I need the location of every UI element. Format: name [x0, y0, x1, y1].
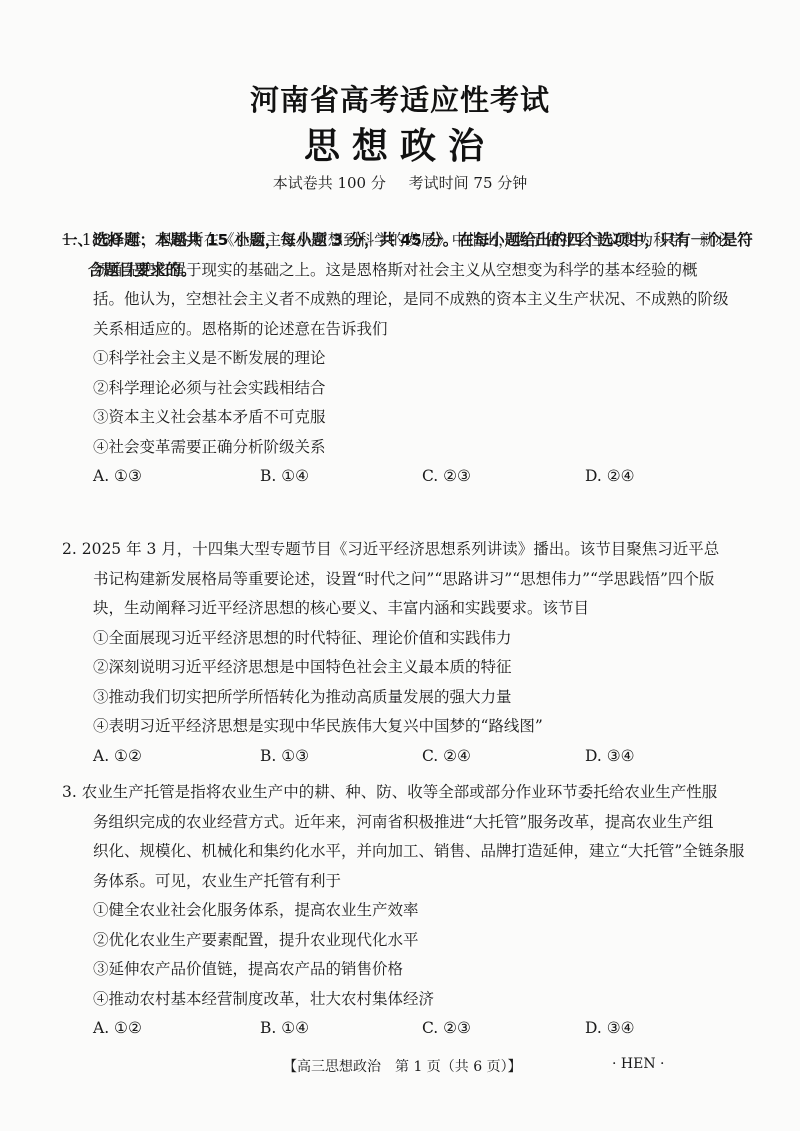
- choice-b: B. ①④: [260, 1014, 309, 1044]
- question-stem-line: 括。他认为，空想社会主义者不成熟的理论，是同不成熟的资本主义生产状况、不成熟的阶…: [62, 285, 772, 315]
- choice-a: A. ①②: [93, 742, 142, 772]
- statement-option: ①健全农业社会化服务体系，提高农业生产效率: [62, 896, 772, 926]
- choice-d: D. ③④: [585, 1014, 635, 1044]
- exam-info: 本试卷共 100 分 考试时间 75 分钟: [0, 172, 800, 193]
- choice-a: A. ①③: [93, 462, 142, 492]
- answer-choices: A. ①② B. ①③ C. ②④ D. ③④: [62, 742, 772, 772]
- answer-choices: A. ①② B. ①④ C. ②③ D. ③④: [62, 1014, 772, 1044]
- choice-b: B. ①④: [260, 462, 309, 492]
- question-stem-line: 2. 2025 年 3 月，十四集大型专题节目《习近平经济思想系列讲读》播出。该…: [62, 535, 772, 565]
- statement-option: ④社会变革需要正确分析阶级关系: [62, 433, 772, 463]
- question-stem-line: 块，生动阐释习近平经济思想的核心要义、丰富内涵和实践要求。该节目: [62, 594, 772, 624]
- statement-option: ①全面展现习近平经济思想的时代特征、理论价值和实践伟力: [62, 624, 772, 654]
- choice-c: C. ②④: [422, 742, 471, 772]
- choice-b: B. ①③: [260, 742, 309, 772]
- statement-option: ②深刻说明习近平经济思想是中国特色社会主义最本质的特征: [62, 653, 772, 683]
- statement-option: ②优化农业生产要素配置，提升农业现代化水平: [62, 926, 772, 956]
- choice-c: C. ②③: [422, 462, 471, 492]
- statement-option: ②科学理论必须与社会实践相结合: [62, 374, 772, 404]
- choice-a: A. ①②: [93, 1014, 142, 1044]
- question-stem-line: 织化、规模化、机械化和集约化水平，并向加工、销售、品牌打造延伸，建立“大托管”全…: [62, 837, 772, 867]
- time-info: 考试时间 75 分钟: [409, 174, 528, 192]
- question-2: 2. 2025 年 3 月，十四集大型专题节目《习近平经济思想系列讲读》播出。该…: [62, 535, 772, 772]
- page-info: 【高三思想政治 第 1 页（共 6 页）】: [283, 1056, 522, 1076]
- question-stem-line: 务体系。可见，农业生产托管有利于: [62, 867, 772, 897]
- answer-choices: A. ①③ B. ①④ C. ②③ D. ②④: [62, 462, 772, 492]
- paper-code: · HEN ·: [612, 1056, 664, 1072]
- question-3: 3. 农业生产托管是指将农业生产中的耕、种、防、收等全部或部分作业环节委托给农业…: [62, 778, 772, 1044]
- question-stem-line: 须首先把它置于现实的基础之上。这是恩格斯对社会主义从空想变为科学的基本经验的概: [62, 256, 772, 286]
- question-stem-line: 关系相适应的。恩格斯的论述意在告诉我们: [62, 315, 772, 345]
- question-stem-line: 书记构建新发展格局等重要论述，设置“时代之问”“思路讲习”“思想伟力”“学思践悟…: [62, 565, 772, 595]
- score-info: 本试卷共 100 分: [273, 174, 386, 192]
- choice-d: D. ③④: [585, 742, 635, 772]
- statement-option: ③资本主义社会基本矛盾不可克服: [62, 403, 772, 433]
- exam-title: 河南省高考适应性考试: [0, 78, 800, 119]
- question-stem-line: 3. 农业生产托管是指将农业生产中的耕、种、防、收等全部或部分作业环节委托给农业…: [62, 778, 772, 808]
- choice-c: C. ②③: [422, 1014, 471, 1044]
- question-1: 1. 1880 年，恩格斯在《社会主义从空想到科学的发展》中指出，为了使社会主义…: [62, 226, 772, 492]
- statement-option: ③推动我们切实把所学所悟转化为推动高质量发展的强大力量: [62, 683, 772, 713]
- statement-option: ③延伸农产品价值链，提高农产品的销售价格: [62, 955, 772, 985]
- statement-option: ④推动农村基本经营制度改革，壮大农村集体经济: [62, 985, 772, 1015]
- statement-option: ①科学社会主义是不断发展的理论: [62, 344, 772, 374]
- question-stem-line: 务组织完成的农业经营方式。近年来，河南省积极推进“大托管”服务改革，提高农业生产…: [62, 808, 772, 838]
- statement-option: ④表明习近平经济思想是实现中华民族伟大复兴中国梦的“路线图”: [62, 712, 772, 742]
- choice-d: D. ②④: [585, 462, 635, 492]
- subject-title: 思想政治: [0, 118, 800, 169]
- question-stem-line: 1. 1880 年，恩格斯在《社会主义从空想到科学的发展》中指出，为了使社会主义…: [62, 226, 772, 256]
